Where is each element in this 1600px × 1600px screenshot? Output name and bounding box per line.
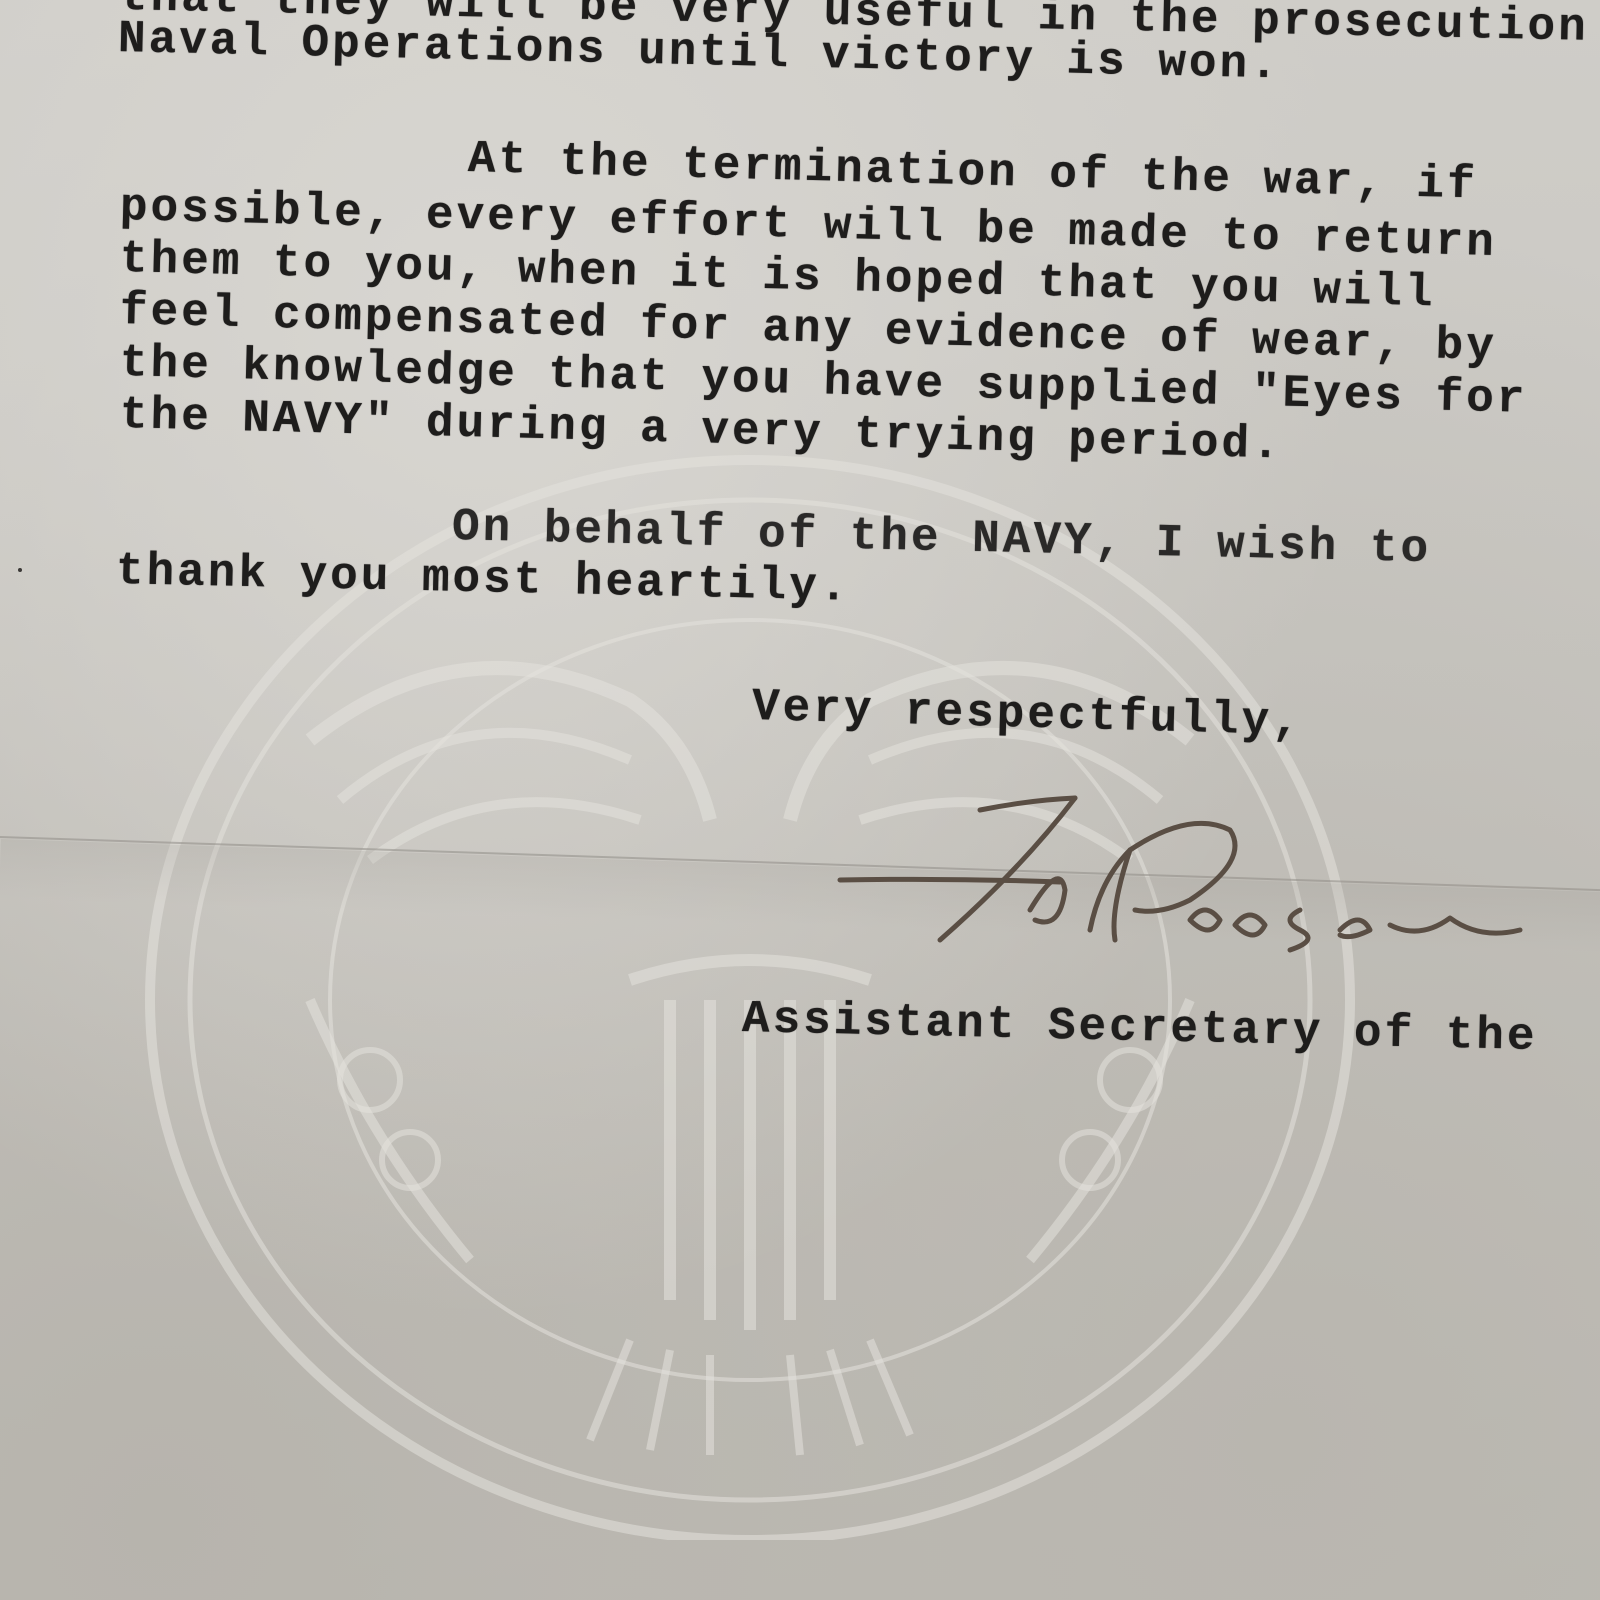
letter-page: that they will be very useful in the pro… [0, 0, 1600, 1600]
handwritten-signature [830, 790, 1600, 960]
ink-speck [18, 568, 22, 572]
signer-title: Assistant Secretary of the [741, 996, 1538, 1060]
closing-salutation: Very respectfully, [751, 684, 1303, 745]
